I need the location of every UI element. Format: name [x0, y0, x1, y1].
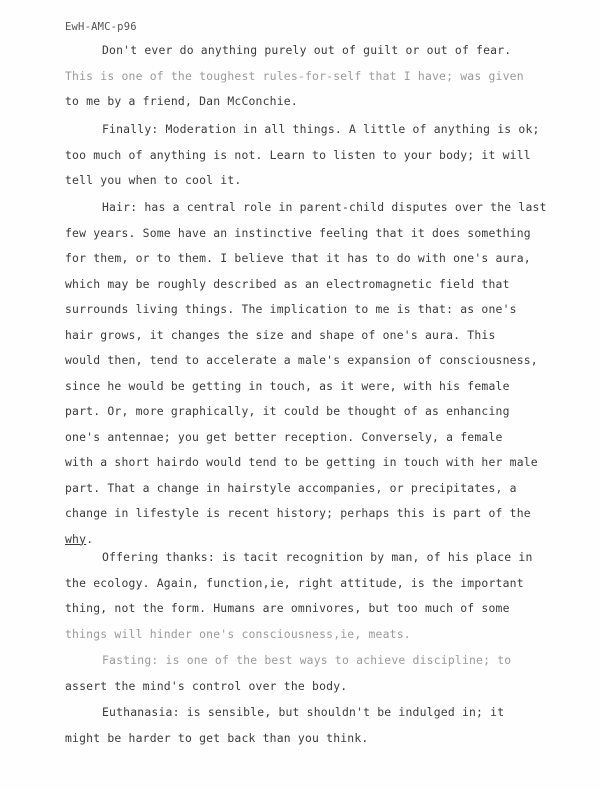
text-line: Don't ever do anything purely out of gui… — [65, 38, 585, 64]
paragraph-thanks: Offering thanks: is tacit recognition by… — [65, 545, 585, 647]
text-line: thing, not the form. Humans are omnivore… — [65, 596, 585, 622]
paragraph-fasting: Fasting: is one of the best ways to achi… — [65, 648, 585, 699]
text-line: part. That a change in hairstyle accompa… — [65, 476, 585, 502]
text-line: part. Or, more graphically, it could be … — [65, 399, 585, 425]
paragraph-euthanasia: Euthanasia: is sensible, but shouldn't b… — [65, 700, 585, 751]
text-line: which may be roughly described as an ele… — [65, 272, 585, 298]
text-line: few years. Some have an instinctive feel… — [65, 221, 585, 247]
text-line: Hair: has a central role in parent-child… — [65, 195, 585, 221]
text-line: Euthanasia: is sensible, but shouldn't b… — [65, 700, 585, 726]
paragraph-hair: Hair: has a central role in parent-child… — [65, 195, 585, 552]
text-line: might be harder to get back than you thi… — [65, 726, 585, 752]
text-line: assert the mind's control over the body. — [65, 674, 585, 700]
text-line: things will hinder one's consciousness,i… — [65, 622, 585, 648]
text-line: Offering thanks: is tacit recognition by… — [65, 545, 585, 571]
text-line: This is one of the toughest rules-for-se… — [65, 64, 585, 90]
text-line: change in lifestyle is recent history; p… — [65, 501, 585, 527]
text-line: the ecology. Again, function,ie, right a… — [65, 571, 585, 597]
text-line: one's antennae; you get better reception… — [65, 425, 585, 451]
text-line: would then, tend to accelerate a male's … — [65, 348, 585, 374]
text-line: to me by a friend, Dan McConchie. — [65, 89, 585, 115]
text-line: for them, or to them. I believe that it … — [65, 246, 585, 272]
text-line: Fasting: is one of the best ways to achi… — [65, 648, 585, 674]
text-line: tell you when to cool it. — [65, 168, 585, 194]
paragraph-moderation: Finally: Moderation in all things. A lit… — [65, 117, 585, 194]
page-header-code: EwH-AMC-p96 — [65, 21, 137, 33]
text-line: hair grows, it changes the size and shap… — [65, 323, 585, 349]
paragraph-guilt: Don't ever do anything purely out of gui… — [65, 38, 585, 115]
underlined-word: why — [65, 532, 86, 546]
typewritten-page: EwH-AMC-p96 Don't ever do anything purel… — [0, 0, 600, 790]
text-line: Finally: Moderation in all things. A lit… — [65, 117, 585, 143]
punctuation: . — [86, 532, 93, 546]
text-line: too much of anything is not. Learn to li… — [65, 143, 585, 169]
text-line: since he would be getting in touch, as i… — [65, 374, 585, 400]
text-line: with a short hairdo would tend to be get… — [65, 450, 585, 476]
text-line: surrounds living things. The implication… — [65, 297, 585, 323]
